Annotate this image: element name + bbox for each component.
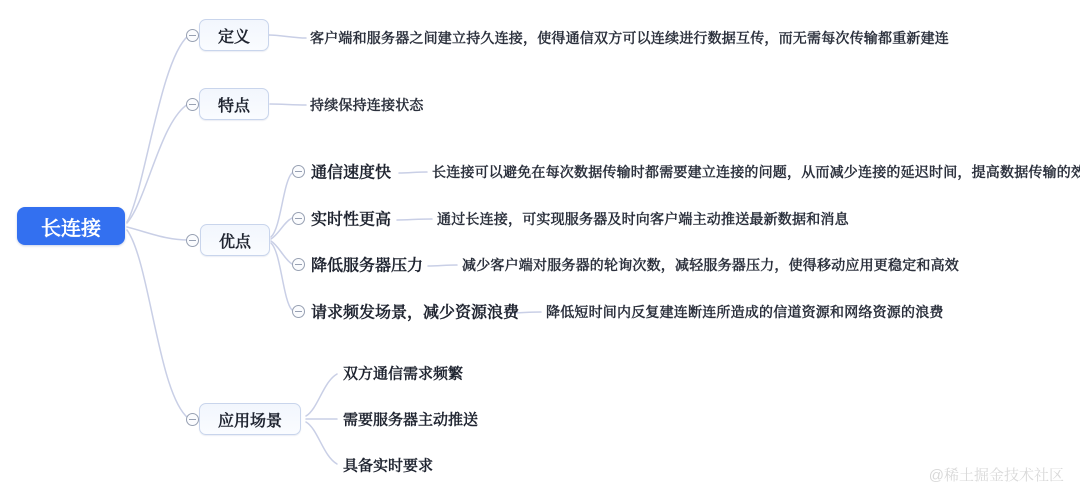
- collapse-icon[interactable]: [186, 98, 199, 111]
- scenario-item-server-push[interactable]: 需要服务器主动推送: [343, 409, 478, 430]
- branch-node-definition[interactable]: 定义: [199, 19, 269, 51]
- advantage-speed-detail-text: 长连接可以避免在每次数据传输时都需要建立连接的问题，从而减少连接的延迟时间，提高…: [432, 162, 1080, 182]
- connector-advantages-waste: [271, 243, 292, 310]
- root-node-long-connection[interactable]: 长连接: [17, 207, 125, 245]
- branch-node-features[interactable]: 特点: [199, 88, 269, 120]
- connector-root-definition: [127, 36, 188, 222]
- definition-detail-text: 客户端和服务器之间建立持久连接，使得通信双方可以连续进行数据互传，而无需每次传输…: [310, 28, 949, 48]
- connector-advantages-realtime: [271, 218, 292, 239]
- mindmap-canvas: 长连接 定义 客户端和服务器之间建立持久连接，使得通信双方可以连续进行数据互传，…: [0, 0, 1080, 497]
- connector-lines: [0, 0, 1080, 497]
- advantage-item-speed[interactable]: 通信速度快: [311, 160, 391, 183]
- features-detail-text: 持续保持连接状态: [310, 95, 424, 115]
- collapse-icon[interactable]: [292, 258, 305, 271]
- collapse-icon[interactable]: [292, 165, 305, 178]
- advantage-item-realtime[interactable]: 实时性更高: [311, 207, 391, 230]
- advantage-item-server-pressure[interactable]: 降低服务器压力: [311, 253, 423, 276]
- connector-root-advantages: [127, 227, 189, 240]
- connector-realtime-detail: [397, 219, 432, 220]
- collapse-icon[interactable]: [186, 234, 199, 247]
- watermark: @稀土掘金技术社区: [929, 464, 1064, 485]
- advantage-pressure-detail-text: 减少客户端对服务器的轮询次数，减轻服务器压力，使得移动应用更稳定和高效: [462, 255, 959, 275]
- connector-scenarios-realtime-req: [306, 422, 337, 464]
- collapse-icon[interactable]: [292, 212, 305, 225]
- connector-speed-detail: [399, 172, 427, 173]
- scenario-item-realtime-requirement[interactable]: 具备实时要求: [343, 455, 433, 476]
- advantage-waste-detail-text: 降低短时间内反复建连断连所造成的信道资源和网络资源的浪费: [546, 302, 944, 322]
- connector-scenarios-frequent: [306, 374, 337, 416]
- connector-advantages-pressure: [271, 241, 292, 264]
- scenario-item-frequent-communication[interactable]: 双方通信需求频繁: [343, 363, 463, 384]
- connector-root-features: [127, 104, 188, 223]
- collapse-icon[interactable]: [186, 29, 199, 42]
- collapse-icon[interactable]: [292, 305, 305, 318]
- connector-pressure-detail: [428, 265, 457, 266]
- connector-features-detail: [270, 104, 306, 105]
- branch-node-advantages[interactable]: 优点: [200, 224, 270, 256]
- connector-root-scenarios: [127, 230, 188, 418]
- advantage-item-resource-waste[interactable]: 请求频发场景，减少资源浪费: [311, 300, 519, 323]
- branch-node-scenarios[interactable]: 应用场景: [199, 403, 301, 435]
- connector-definition-detail: [269, 35, 306, 38]
- connector-advantages-speed: [271, 173, 292, 237]
- collapse-icon[interactable]: [186, 413, 199, 426]
- advantage-realtime-detail-text: 通过长连接，可实现服务器及时向客户端主动推送最新数据和消息: [437, 209, 849, 229]
